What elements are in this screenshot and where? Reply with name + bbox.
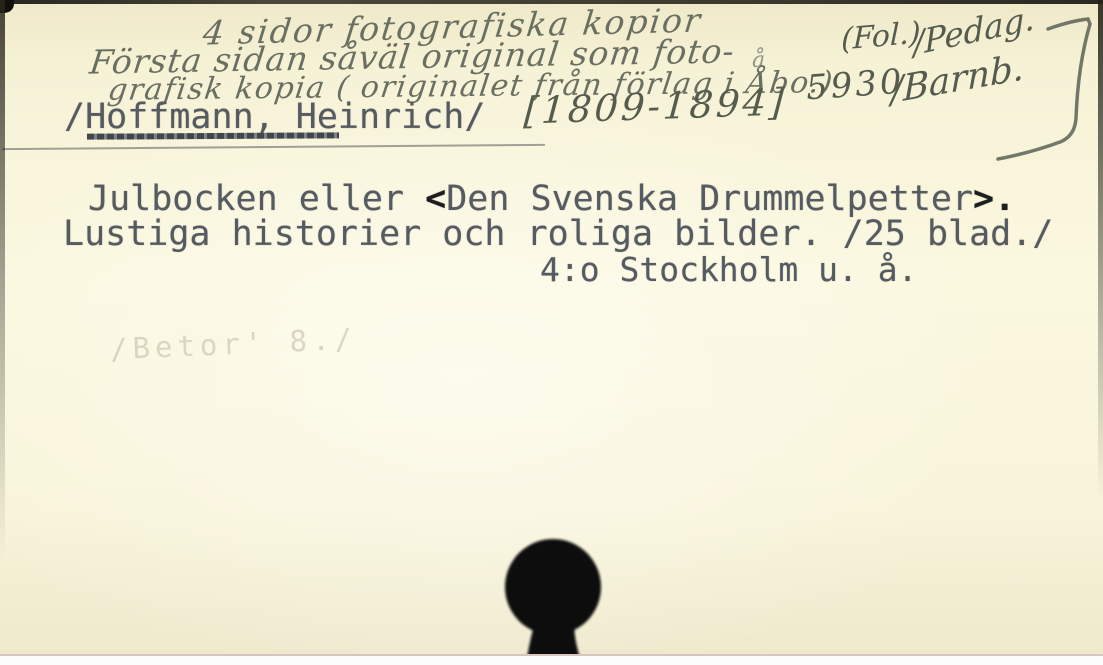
card-right-edge [1098,0,1103,500]
faded-note: /Betor' 8./ [109,325,357,365]
card-top-edge [0,0,1103,4]
author-life-dates: [1809-1894] [523,83,788,129]
card-left-edge [0,0,5,560]
hole-punch [489,524,621,665]
imprint-line: 4:o Stockholm u. å. [540,253,918,286]
scanned-catalog-card-page: 4 sidor fotografiska kopior Första sidan… [0,0,1103,665]
format-note: (Fol.) [841,18,921,55]
angle-bracket-open: < [425,179,446,219]
author-heading: /Hoffmann, Heinrich/ [64,100,485,135]
title-line: Julbocken eller <Den Svenska Drummelpett… [88,182,1015,217]
pencil-bracket [985,10,1103,170]
subtitle-line: Lustiga historier och roliga bilder. /25… [63,217,1053,252]
stray-pencil-mark: å [752,50,765,72]
scan-background-strip [0,654,1103,665]
author-underline [87,132,339,139]
quoted-title-text: Den Svenska Drummelpetter [446,179,973,219]
title-text: Julbocken eller [88,179,425,219]
heading-rule-line [2,144,545,150]
angle-bracket-close: >. [973,179,1015,219]
